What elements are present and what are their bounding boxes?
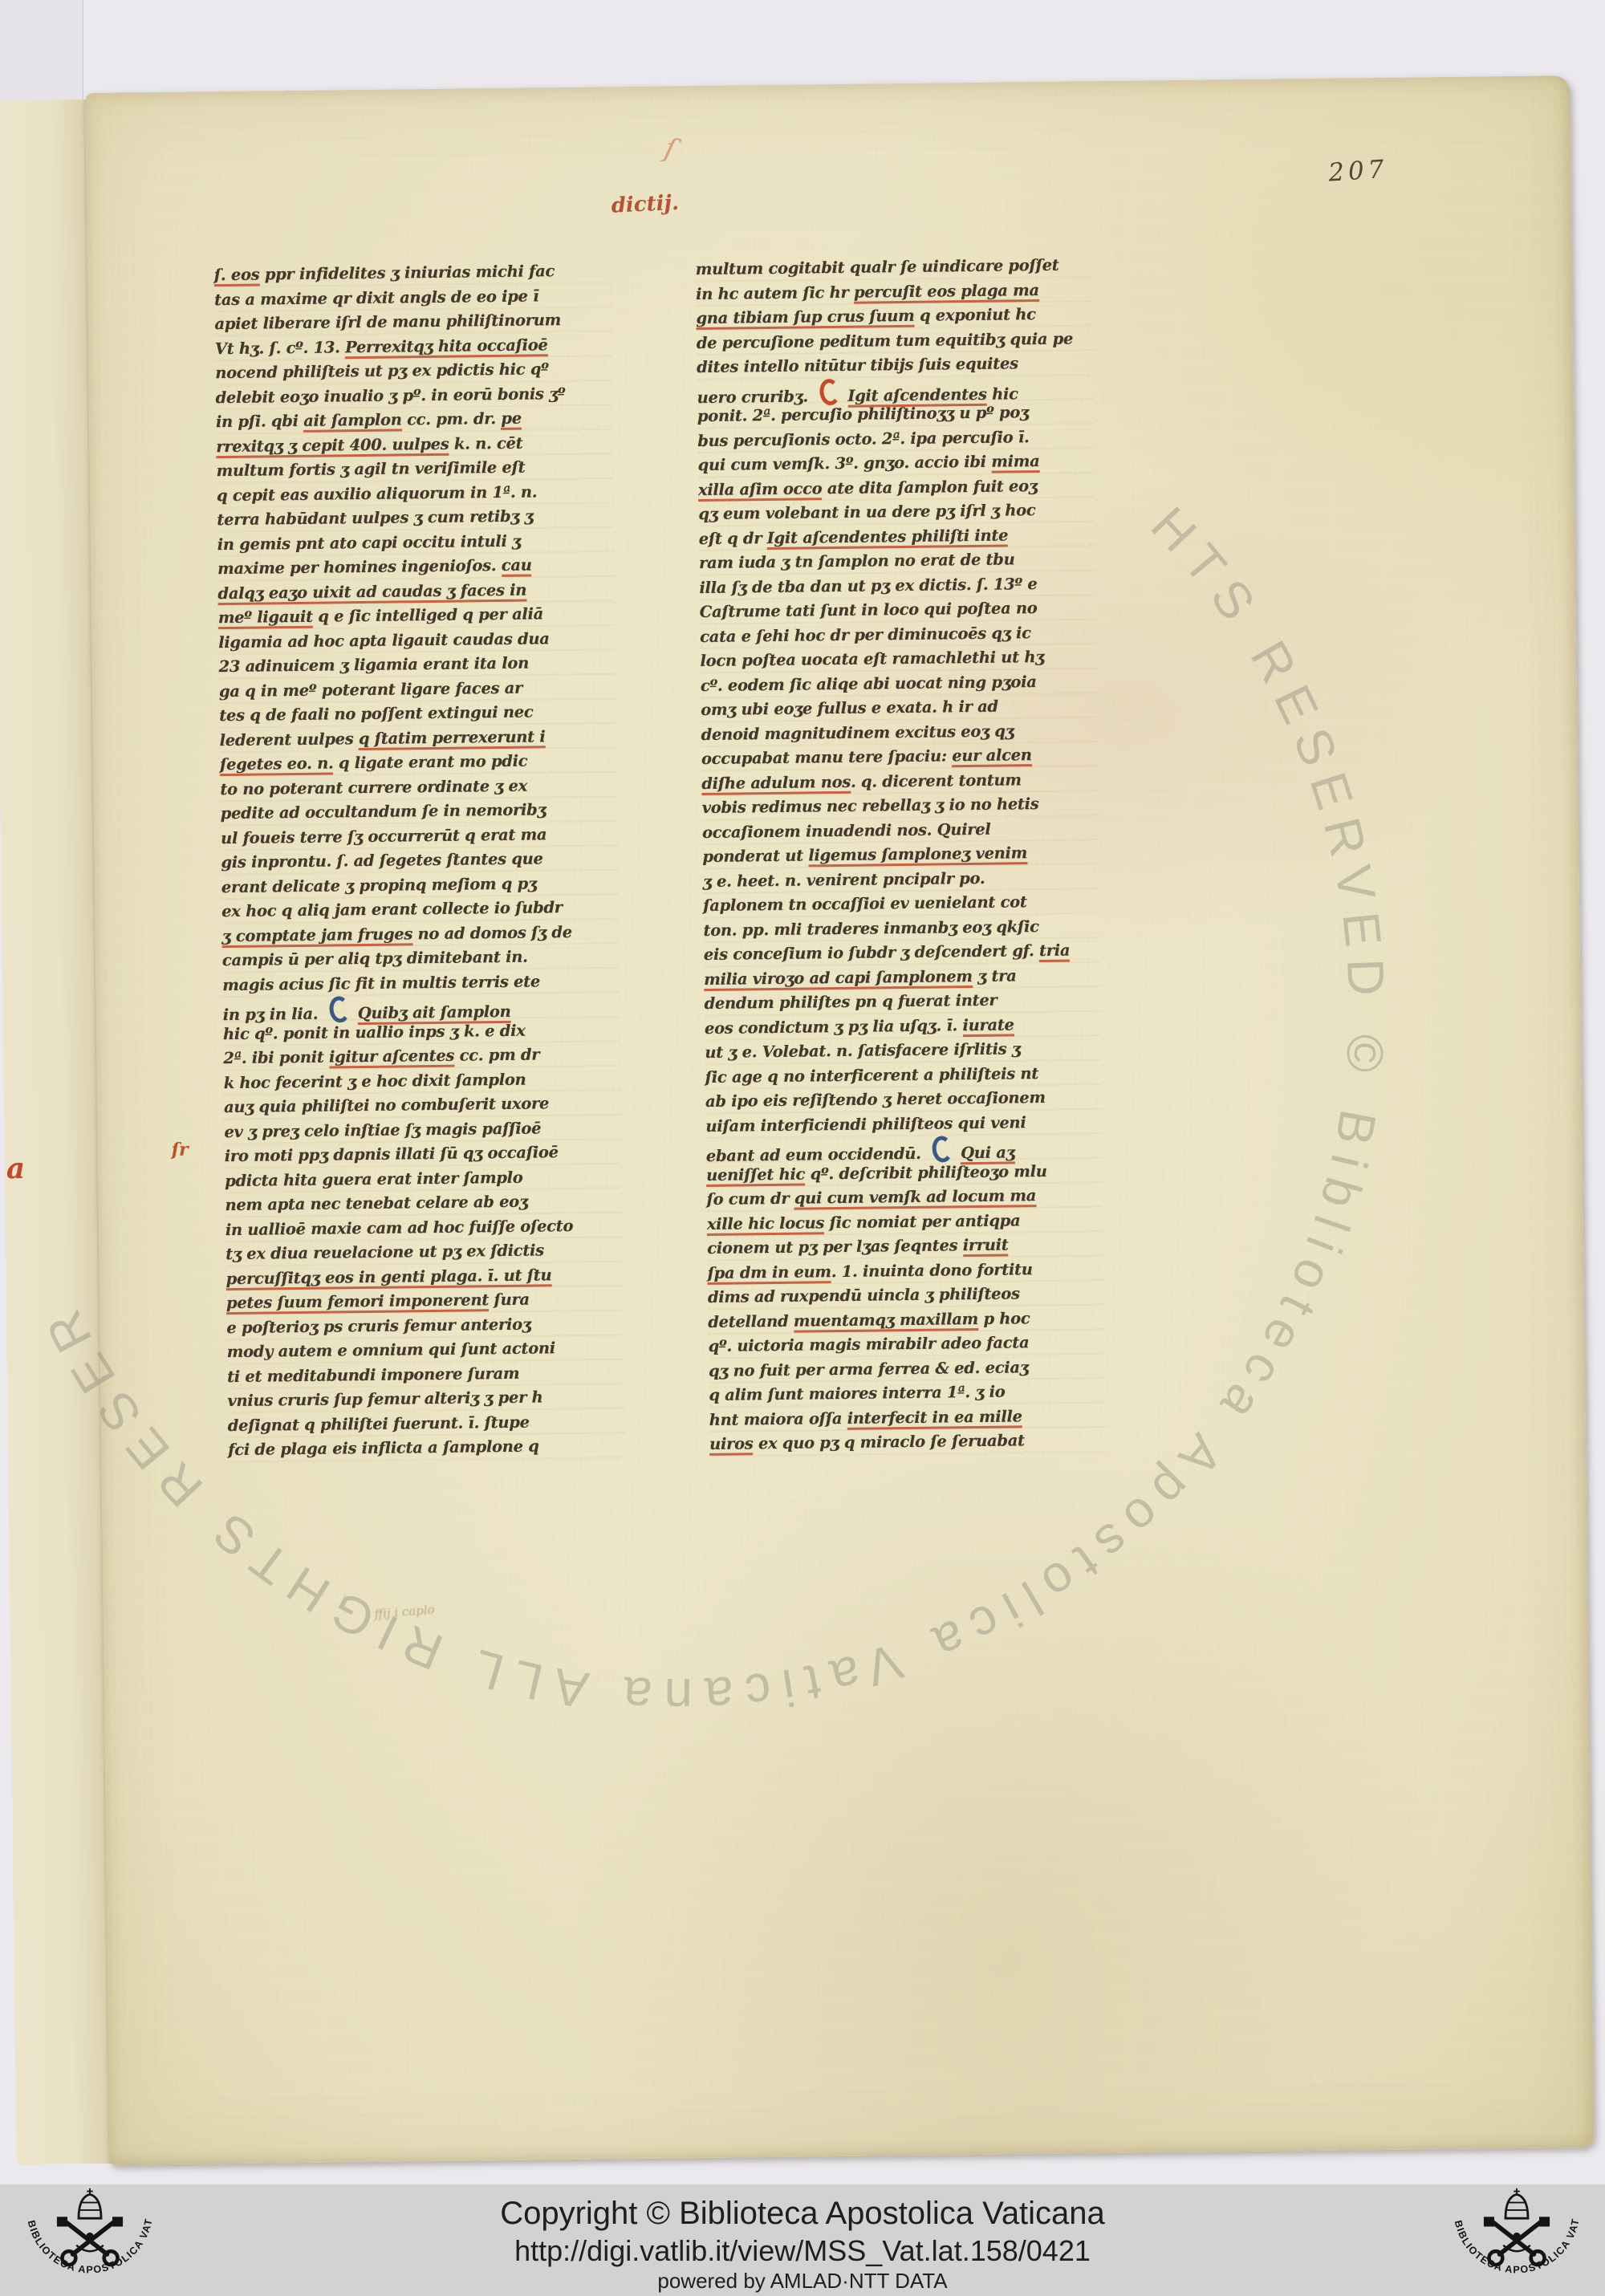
rubricated-phrase: ſpa dm in eum [707,1262,831,1285]
text-segment: qʒ no fuit per arma ferrea & ed. eciaʒ [709,1358,1029,1380]
text-segment: fci de plaga eis inflicta a ſamplone q [228,1437,539,1459]
text-segment: ex quo pʒ q miraclo ſe ſeruabat [753,1431,1025,1453]
text-segment: de percuſione peditum tum equitibʒ quia … [697,329,1074,352]
text-segment: q e ſic intelliged q per aliā [313,604,543,625]
text-segment: denoid magnitudinem excitus eoʒ qʒ [701,721,1014,744]
rubricated-phrase: pe [501,409,522,430]
text-segment: pdicta hita guera erat inter ſamplo [225,1168,523,1189]
text-segment: ul foueis terre ſʒ occurrerūt q erat ma [221,825,547,847]
text-segment: iro moti ppʒ dapnis illati ſū qʒ occaſio… [225,1143,559,1165]
text-segment: in gemis pnt ato capi occitu intuli ʒ [217,531,521,553]
logo-arc-text: BIBLIOTECA APOSTOLICA VATICANA [14,2187,155,2275]
vatican-emblem-icon [57,2188,123,2265]
text-segment: ſo cum dr [706,1189,794,1209]
text-segment: hic qº. ponit in uallio inps ʒ k. e dix [223,1021,526,1042]
text-segment: in pſi. qbi [216,412,304,431]
text-segment: mody autem e omnium qui ſunt actoni [226,1339,555,1361]
text-segment: . q. dicerent tontum [851,770,1022,791]
parchment-page: dictij. ſ 207 ſ. eos ppr infidelites ʒ i… [85,75,1595,2165]
rubricated-phrase: ligemus ſamploneʒ venim [808,843,1027,867]
text-segment: illa ſʒ de tba dan ut pʒ ex dictis. ſ. 1… [699,575,1037,597]
text-segment: erant delicate ʒ propinq meſiom q pʒ [221,874,537,896]
manuscript-book: a dictij. ſ 207 ſ. eos ppr infidelites ʒ… [0,75,1604,2171]
text-segment: vobis redimus nec rebellaʒ ʒ io no hetis [701,794,1038,817]
text-segment: dims ad ruxpendū uincla ʒ philiſteos [708,1284,1020,1306]
text-segment: eos condictum ʒ pʒ lia uſqʒ. ī. [705,1016,963,1038]
text-segment: tas a maxime qr dixit angls de eo ipe ī [214,286,538,309]
rubricated-phrase: percuſſitqʒ eos in genti plaga. ī. ut ſt… [226,1266,551,1290]
rubricated-phrase: diſhe adulum nos [701,772,851,794]
text-segment: magis acius ſic fit in multis terris ete [222,972,540,994]
footer-url: http://digi.vatlib.it/view/MSS_Vat.lat.1… [0,2234,1605,2268]
text-segment: hnt maiora oſſa [709,1408,847,1428]
text-segment: ate dita ſamplon fuit eoʒ [822,477,1037,498]
rubricated-phrase: gna tibiam ſup crus ſuum [696,307,914,330]
rubricated-phrase: eur alcen [952,746,1032,767]
text-segment: ſura [489,1290,530,1310]
footer-copyright: Copyright © Biblioteca Apostolica Vatica… [0,2196,1605,2232]
text-segment: in hc autem ſic hr [696,282,854,303]
text-segment: q alim ſunt maiores interra 1ª. ʒ io [709,1383,1005,1404]
text-segment: uiſam interficiendi philiſteos qui veni [705,1113,1026,1136]
rubricated-phrase: ait ſamplon [303,410,402,432]
text-segment: terra habūdant uulpes ʒ cum retibʒ ʒ [217,506,533,529]
text-segment: no ad domos ſʒ de [412,922,572,942]
rubricated-phrase: iurate [962,1015,1014,1037]
text-segment: cº. eodem ſic aliqe abi uocat ning pʒoia [701,673,1037,695]
manuscript-line: qʒ eum volebant in ua dere pʒ iſrl ʒ hoc [698,498,1095,526]
vatican-emblem-icon [1484,2188,1550,2265]
manuscript-line: ʒ comptate jam fruges no ad domos ſʒ de [221,920,618,949]
text-segment: q cepit eas auxilio aliquorum in 1ª. n. [217,482,537,505]
rubricated-phrase: percuſit eos plaga ma [854,280,1039,303]
text-segment: ſic age q no interficerent a philiſteis … [705,1064,1038,1087]
text-segment: k. n. cēt [449,433,522,453]
paragraph-mark-icon [818,377,841,406]
text-segment: bus percuſionis octo. 2ª. ipa percuſio ī… [697,428,1029,450]
manuscript-line: locn poſtea uocata eſt ramachlethi ut hʒ [700,644,1096,673]
text-segment: campis ū per aliq tpʒ dimitebant in. [222,948,528,970]
logo-arc-text: BIBLIOTECA APOSTOLICA VATICANA [1441,2187,1582,2275]
text-segment: Caſtrume tati ſunt in loco qui poſtea no [700,599,1038,621]
rubricated-phrase: qui cum vemſk ad locum ma [794,1186,1037,1210]
text-segment: ga q in meº poterant ligare faces ar [219,678,522,700]
text-segment: ſic nomiat per antiqpa [824,1211,1021,1232]
text-segment: ponit. 2ª. percuſio philiſtinoʒʒ u pº po… [697,403,1029,425]
text-segment: ponderat ut [702,846,808,866]
text-segment: cc. pm. dr. [401,409,501,429]
text-segment: vnius cruris ſup femur alteriʒ ʒ per h [227,1388,542,1410]
rubricated-phrase: ſ. eos [214,265,260,286]
rubricated-phrase: petes ſuum femori imponerent [226,1290,489,1315]
manuscript-line: Caſtrume tati ſunt in loco qui poſtea no [700,595,1096,624]
rubricated-phrase: ʒ comptate jam fruges [221,924,412,948]
text-segment: qº. uictoria magis mirabilr adeo facta [708,1333,1029,1355]
text-segment: gis inprontu. ſ. ad ſegetes ſtantes que [221,849,542,872]
text-segment: tes q de faali no poſſent extingui nec [219,702,533,725]
manuscript-line: fci de plaga eis inflicta a ſamplone q [228,1433,624,1462]
gutter-red-mark: a [6,1152,26,1185]
text-segment: 2ª. ibi ponit [223,1048,329,1068]
text-segment: pedite ad occultandum ſe in nemoribʒ [221,800,547,823]
text-segment: q ligate erant mo pdic [333,752,527,773]
paragraph-mark-icon [328,995,351,1024]
rubricated-phrase: interfecit in ea mille [847,1407,1022,1430]
text-segment: multum fortis ʒ agil tn veriſimile eſt [216,458,525,481]
text-segment: ram iuda ʒ tn ſamplon no erat de tbu [699,550,1015,572]
text-segment: qº. deſcribit philiſteoʒo mlu [805,1161,1047,1183]
faint-inscription: ffij i caplo [374,1602,435,1621]
text-segment: omʒ ubi eoʒe fullus e exata. h ir ad [701,697,998,719]
margin-red-mark: ſr [171,1140,188,1160]
text-segment: occupabat manu tere ſpaciu: [701,746,953,768]
footer-powered-by: powered by AMLAD·NTT DATA [0,2269,1605,2294]
text-segment: tʒ ex diua reuelacione ut pʒ ex ſdictis [226,1241,544,1263]
text-segment: qʒ eum volebant in ua dere pʒ iſrl ʒ hoc [698,501,1035,523]
text-segment: ab ipo eis reſiſtendo ʒ heret occaſionem [705,1088,1046,1111]
text-segment: ton. pp. mli traderes inmanbʒ eoʒ qkſic [703,917,1038,940]
rubricated-phrase: muentamqʒ maxillam [794,1309,978,1332]
text-segment: lederent uulpes [219,729,359,750]
manuscript-line: de percuſione peditum tum equitibʒ quia … [697,327,1093,356]
text-segment: to no poterant currere ordinate ʒ ex [220,776,527,799]
text-segment: apiet liberare iſrl de manu philiſtinoru… [214,311,561,333]
text-segment: nocend philiſteis ut pʒ ex pdictis hic q… [215,360,549,382]
rubricated-phrase: igitur aſcentes [329,1046,454,1069]
rubricated-phrase: meº ligauit [218,608,313,629]
rubricated-phrase: mima [991,452,1039,473]
text-segment: multum cogitabit qualr ſe uindicare poſſ… [696,256,1059,278]
rubricated-phrase: dalqʒ eaʒo uixit ad caudas ʒ faces in [217,580,526,605]
text-segment: ppr infidelites ʒ iniurias michi fac [259,262,555,283]
text-segment: ut ʒ e. Volebat. n. ſatisfacere iſrlitis… [705,1039,1021,1062]
manuscript-line: ab ipo eis reſiſtendo ʒ heret occaſionem [705,1085,1102,1114]
manuscript-line: ſ. eos ppr infidelites ʒ iniurias michi … [214,258,611,287]
rubricated-phrase: milia viroʒo ad capi ſamplonem [704,967,973,991]
text-segment: dites intello nitūtur tibijs ſuis equite… [697,354,1018,376]
text-column-left: ſ. eos ppr infidelites ʒ iniurias michi … [214,258,625,1462]
text-segment: qui cum vemſk. 3º. gnʒo. accio ibi [697,453,991,474]
manuscript-line: in uallioē maxie cam ad hoc fuiſſe oſect… [226,1213,622,1242]
text-segment: 23 adinuicem ʒ ligamia erant ita lon [218,654,529,677]
manuscript-line: apiet liberare iſrl de manu philiſtinoru… [214,307,611,336]
text-segment: delebit eoʒo inualio ʒ pº. in eorū bonis… [215,384,565,406]
text-segment: . 1. inuinta dono fortitu [831,1260,1033,1281]
text-segment: ʒ tra [972,966,1016,985]
text-segment: nem apta nec tenebat celare ab eoʒ [225,1193,527,1214]
rubricated-phrase: q ſtatim perrexerunt i [359,727,546,750]
text-segment: ti et meditabundi imponere ſuram [227,1363,519,1385]
rubricated-phrase: xille hic locus [707,1213,825,1236]
rubricated-phrase: ſegetes eo. n. [220,754,334,776]
rubricated-phrase: irruit [963,1235,1009,1257]
rubricated-phrase: tria [1039,941,1070,962]
rubricated-phrase: xilla aſim occo [698,479,823,502]
text-segment: cc. pm dr [454,1045,539,1064]
rubricated-phrase: Perrexitqʒ hita occaſioē [345,335,548,359]
rubricated-phrase: uiros [709,1434,754,1456]
paragraph-mark-icon [931,1135,954,1164]
text-segment: occaſionem inuadendi nos. Quirel [702,819,991,841]
folio-number: 207 [1327,155,1388,188]
rubricated-phrase: rrexitqʒ ʒ cepit 400. uulpes [216,434,449,457]
text-segment: cionem ut pʒ per lʒas ſeqntes [707,1236,963,1258]
text-segment: p hoc [978,1309,1030,1328]
text-segment: ʒ e. heet. n. venirent pncipalr po. [703,868,985,890]
running-title: dictij. [611,191,680,218]
text-segment: q exponiut hc [914,305,1036,325]
text-segment: dendum philiſtes pn q fuerat inter [704,991,997,1013]
text-segment: auʒ quia philiſtei no combuſerit uxore [224,1094,549,1116]
text-segment: ex hoc q aliq jam erant collecte io ſubd… [221,898,563,920]
text-segment: in uallioē maxie cam ad hoc fuiſſe oſect… [226,1216,574,1238]
text-segment: deſignat q philiſtei fuerunt. ī. ſtupe [228,1412,530,1434]
rubricated-phrase: cau [502,555,532,576]
manuscript-line: uiros ex quo pʒ q miraclo ſe ſeruabat [709,1428,1106,1457]
text-segment: eſt q dr [699,529,767,548]
text-segment: eis conceſium io ſubdr ʒ deſcendert gf. [704,941,1039,964]
manuscript-line: delebit eoʒo inualio ʒ pº. in eorū bonis… [215,381,612,410]
manuscript-line: ueniſſet hic qº. deſcribit philiſteoʒo m… [706,1159,1103,1188]
text-segment: detelland [708,1311,794,1331]
vatican-library-logo-left: BIBLIOTECA APOSTOLICA VATICANA [14,2187,165,2296]
manuscript-line: eis conceſium io ſubdr ʒ deſcendert gf. … [704,938,1100,967]
text-segment: ev ʒ preʒ celo inſtiae ſʒ magis paſſioē [224,1119,541,1141]
text-segment: cata e ſehi hoc dr per diminucoēs qʒ ic [700,624,1031,646]
rubricated-phrase: ueniſſet hic [706,1164,805,1186]
text-segment: ligamia ad hoc apta ligauit caudas dua [218,629,550,652]
vatican-library-logo-right: BIBLIOTECA APOSTOLICA VATICANA [1441,2187,1592,2296]
scanner-backdrop-seam [0,0,83,106]
text-segment: e poſterioʒ ps cruris femur anterioʒ [226,1315,530,1336]
running-title-flourish: ſ [661,132,678,165]
text-segment: Vt hʒ. ſ. cº. 13. [215,338,346,358]
rubricated-phrase: Igit aſcendentes philiſti inte [767,526,1009,550]
text-segment: locn poſtea uocata eſt ramachlethi ut hʒ [700,648,1044,670]
text-segment: ſaplonem tn occaſſioi ev uenielant cot [703,892,1027,915]
text-segment: maxime per homines ingenioſos. [217,556,502,578]
text-column-right: multum cogitabit qualr ſe uindicare poſſ… [695,253,1106,1457]
text-segment: k hoc fecerint ʒ e hoc dixit ſamplon [224,1070,526,1091]
